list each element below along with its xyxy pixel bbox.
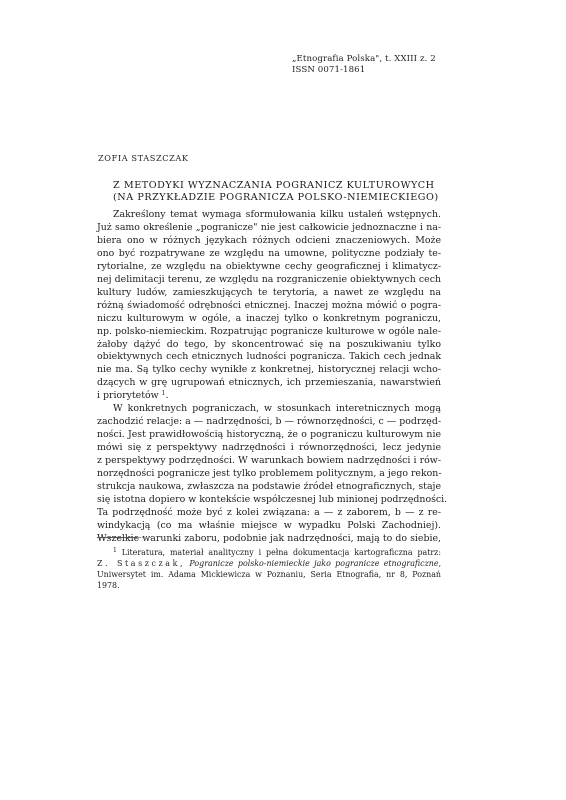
body-line: z perspektywy podrzędności. W warunkach … bbox=[97, 455, 441, 468]
body-line: rytorialne, ze względu na obiektywne cec… bbox=[97, 261, 441, 274]
body-line: Wszelkie warunki zaboru, podobnie jak na… bbox=[97, 533, 441, 546]
footnote-text: Literatura, materiał analityczny i pełna… bbox=[122, 548, 441, 557]
body-line: różną świadomość odrębności etnicznej. I… bbox=[97, 300, 441, 313]
body-line-last: i priorytetów 1. bbox=[97, 390, 441, 403]
title-line-2: (NA PRZYKŁADZIE POGRANICZA POLSKO-NIEMIE… bbox=[113, 192, 439, 204]
footnote-divider bbox=[97, 537, 137, 538]
journal-header: „Etnografia Polska", t. XXIII z. 2 ISSN … bbox=[292, 54, 436, 75]
footnote: 1 Literatura, materiał analityczny i peł… bbox=[97, 547, 441, 591]
paragraph-1: Zakreślony temat wymaga sformułowania ki… bbox=[97, 209, 441, 403]
body-line: windykacją (co ma właśnie miejsce w wypa… bbox=[97, 520, 441, 533]
body-line: niczu kulturowym w ogóle, a inaczej tylk… bbox=[97, 313, 441, 326]
body-line: biera ono w różnych językach różnych odc… bbox=[97, 235, 441, 248]
body-line: kultury ludów, zamieszkujących te teryto… bbox=[97, 287, 441, 300]
footnote-line-4: 1978. bbox=[97, 580, 441, 591]
sentence-end: . bbox=[165, 390, 168, 401]
paragraph-2: W konkretnych pograniczach, w stosunkach… bbox=[97, 403, 441, 545]
body-line: zachodzić relacje: a — nadrzędności, b —… bbox=[97, 416, 441, 429]
cited-title: Pogranicze polsko-niemieckie jako pogran… bbox=[189, 559, 441, 568]
body-line: się istotna dopiero w kontekście współcz… bbox=[97, 494, 441, 507]
body-line-text: i priorytetów bbox=[97, 390, 159, 401]
article-title: Z METODYKI WYZNACZANIA POGRANICZ KULTURO… bbox=[113, 180, 439, 204]
body-line: nie ma. Są tylko cechy wynikłe z konkret… bbox=[97, 364, 441, 377]
footnote-line-2: Z. Staszczak, Pogranicze polsko-niemieck… bbox=[97, 558, 441, 569]
body-line: norzędności pogranicze jest tylko proble… bbox=[97, 468, 441, 481]
footnote-divider-dots bbox=[139, 537, 151, 538]
journal-citation: „Etnografia Polska", t. XXIII z. 2 bbox=[292, 54, 436, 65]
body-line: np. polsko-niemieckim. Rozpatrując pogra… bbox=[97, 326, 441, 339]
title-line-1: Z METODYKI WYZNACZANIA POGRANICZ KULTURO… bbox=[113, 180, 439, 192]
footnote-number: 1 bbox=[113, 547, 117, 554]
body-line: Zakreślony temat wymaga sformułowania ki… bbox=[97, 209, 441, 222]
cited-author: Z. Staszczak, bbox=[97, 559, 185, 568]
body-line: obiektywnych cech etnicznych ludności po… bbox=[97, 351, 441, 364]
article-body: Zakreślony temat wymaga sformułowania ki… bbox=[97, 209, 441, 546]
body-line: W konkretnych pograniczach, w stosunkach… bbox=[97, 403, 441, 416]
issn-number: ISSN 0071-1861 bbox=[292, 65, 436, 76]
body-line: dzących w grę ugrupowań etnicznych, ich … bbox=[97, 377, 441, 390]
footnote-line-1: 1 Literatura, materiał analityczny i peł… bbox=[97, 547, 441, 558]
body-line: mówi się z perspektywy nadrzędności i ró… bbox=[97, 442, 441, 455]
body-line: żałoby dążyć do tego, by skoncentrować s… bbox=[97, 339, 441, 352]
body-line: nej delimitacji terenu, ze względu na ro… bbox=[97, 274, 441, 287]
body-line: ności. Jest prawidłowością historyczną, … bbox=[97, 429, 441, 442]
body-line: strukcja naukowa, zwłaszcza na podstawie… bbox=[97, 481, 441, 494]
body-line: Ta podrzędność może być z kolei związana… bbox=[97, 507, 441, 520]
footnote-line-3: Uniwersytet im. Adama Mickiewicza w Pozn… bbox=[97, 569, 441, 580]
author-name: ZOFIA STASZCZAK bbox=[98, 153, 189, 163]
body-line: ono być rozpatrywane ze względu na umown… bbox=[97, 248, 441, 261]
body-line: Już samo określenie „pogranicze" nie jes… bbox=[97, 222, 441, 235]
